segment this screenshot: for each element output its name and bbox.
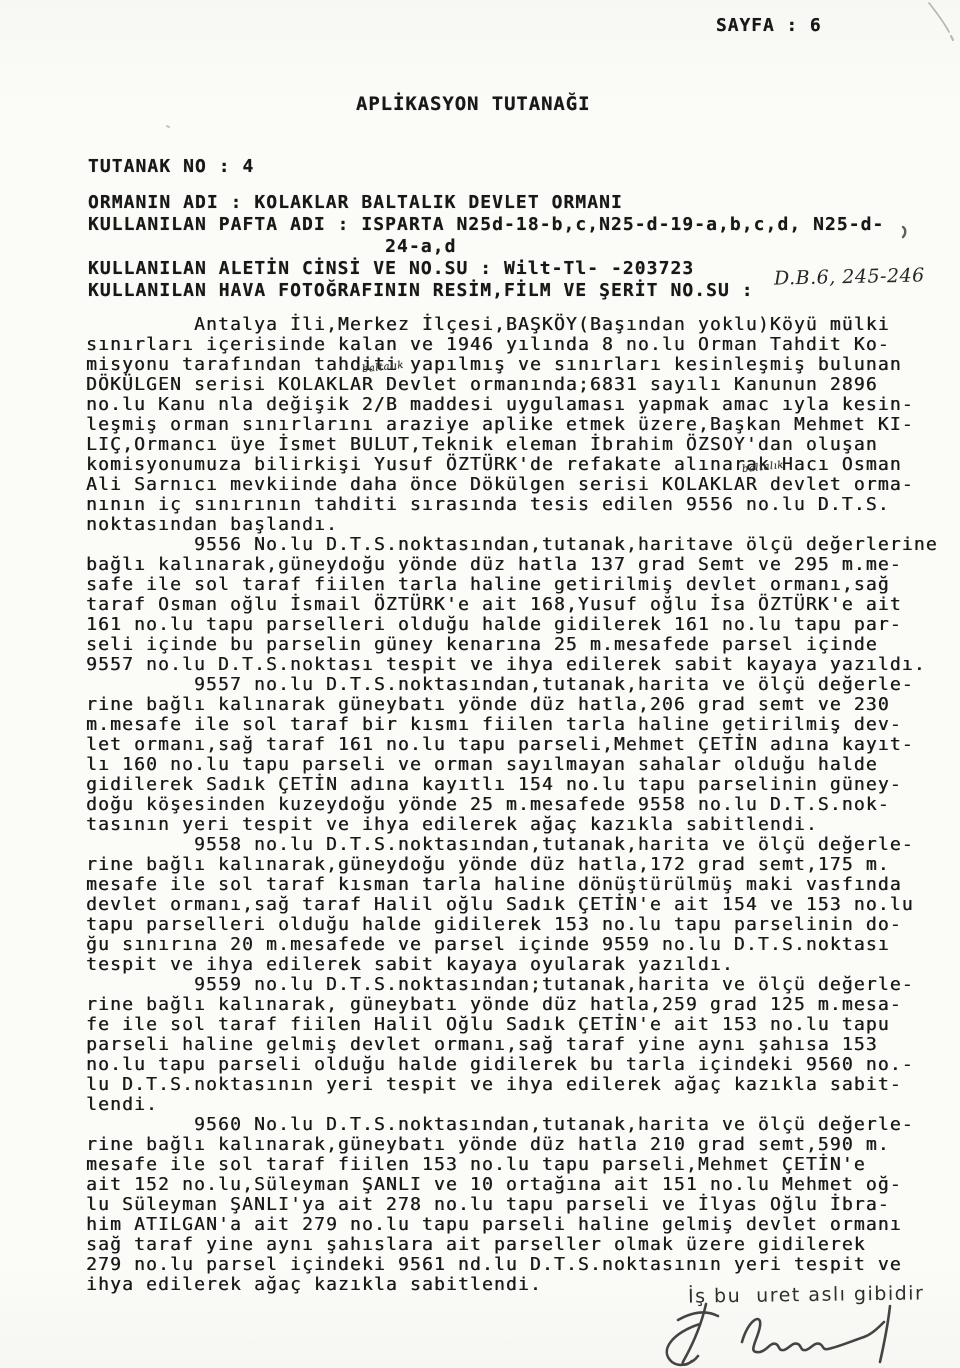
- document-line: mesafe ile sol taraf fiilen 153 no.lu ta…: [86, 1155, 956, 1175]
- document-line: fe ile sol taraf fiilen Halil Oğlu Sadık…: [86, 1015, 956, 1035]
- document-line: 161 no.lu tapu parselleri olduğu halde g…: [86, 615, 956, 635]
- document-line: DÖKÜLGEN serisi KOLAKLAR Devlet ormanınd…: [86, 375, 956, 395]
- document-line: him ATILGAN'a ait 279 no.lu tapu parseli…: [86, 1215, 956, 1235]
- document-line: tespit ve ihya edilerek sabit kayaya oyu…: [86, 955, 956, 975]
- document-line: lendi.: [86, 1095, 956, 1115]
- document-line: no.lu tapu parseli olduğu halde gidilere…: [86, 1055, 956, 1075]
- document-line: rine bağlı kalınarak,güneybatı yönde düz…: [86, 1135, 956, 1155]
- document-line: mesafe ile sol taraf kısman tarla haline…: [86, 875, 956, 895]
- document-line: misyonu tarafından tahditi yapılmış ve s…: [86, 355, 956, 375]
- signature-scribble: [620, 1296, 920, 1368]
- document-line: 9557 no.lu D.T.S.noktasından,tutanak,har…: [86, 675, 956, 695]
- document-line: taraf Osman oğlu İsmail ÖZTÜRK'e ait 168…: [86, 595, 956, 615]
- header-line: KULLANILAN ALETİN CİNSİ VE NO.SU : Wilt-…: [88, 258, 884, 280]
- document-line: rine bağlı kalınarak,güneydoğu yönde düz…: [86, 855, 956, 875]
- document-line: ğu sınırına 20 m.mesafede ve parsel için…: [86, 935, 956, 955]
- document-line: Antalya İli,Merkez İlçesi,BAŞKÖY(Başında…: [86, 315, 956, 335]
- document-line: 9560 No.lu D.T.S.noktasından,tutanak,har…: [86, 1115, 956, 1135]
- document-line: tasının yeri tespit ve ihya edilerek ağa…: [86, 815, 956, 835]
- document-line: doğu köşesinden kuzeydoğu yönde 25 m.mes…: [86, 795, 956, 815]
- document-line: komisyonumuza bilirkişi Yusuf ÖZTÜRK'de …: [86, 455, 956, 475]
- header-line: 24-a,d: [88, 236, 884, 258]
- document-page: SAYFA : 6 APLİKASYON TUTANAĞI TUTANAK NO…: [0, 0, 960, 1368]
- document-line: nının iç sınırının tahditi sırasında tes…: [86, 495, 956, 515]
- document-line: 9559 no.lu D.T.S.noktasından;tutanak,har…: [86, 975, 956, 995]
- document-line: lu Süleyman ŞANLI'ya ait 278 no.lu tapu …: [86, 1195, 956, 1215]
- document-line: 279 no.lu parsel içindeki 9561 nd.lu D.T…: [86, 1255, 956, 1275]
- document-line: bağlı kalınarak,güneydoğu yönde düz hatl…: [86, 555, 956, 575]
- document-line: noktasından başlandı.: [86, 515, 956, 535]
- document-line: seli içinde bu parselin güney kenarına 2…: [86, 635, 956, 655]
- document-line: gidilerek Sadık ÇETİN adına kayıtlı 154 …: [86, 775, 956, 795]
- document-line: tapu parselleri olduğu halde gidilerek 1…: [86, 915, 956, 935]
- handwritten-film-number: D.B.6, 245-246: [774, 264, 925, 289]
- header-line: TUTANAK NO : 4: [88, 156, 884, 178]
- header-line: KULLANILAN HAVA FOTOĞRAFININ RESİM,FİLM …: [88, 280, 884, 302]
- document-line: m.mesafe ile sol taraf bir kısmı fiilen …: [86, 715, 956, 735]
- document-line: sağ taraf yine aynı şahıslara ait parsel…: [86, 1235, 956, 1255]
- document-line: safe ile sol taraf fiilen tarla haline g…: [86, 575, 956, 595]
- document-line: LIÇ,Ormancı üye İsmet BULUT,Teknik elema…: [86, 435, 956, 455]
- document-line: 9557 no.lu D.T.S.noktası tespit ve ihya …: [86, 655, 956, 675]
- document-line: rine bağlı kalınarak, güneybatı yönde dü…: [86, 995, 956, 1015]
- document-line: lı 160 no.lu tapu parseli ve orman sayıl…: [86, 755, 956, 775]
- document-line: sınırları içerisinde kalan ve 1946 yılın…: [86, 335, 956, 355]
- document-body: baltalık baltalık Antalya İli,Merkez İlç…: [86, 315, 956, 1295]
- document-line: rine bağlı kalınarak güneybatı yönde düz…: [86, 695, 956, 715]
- document-line: leşmiş orman sınırlarını araziye aplike …: [86, 415, 956, 435]
- document-line: ait 152 no.lu,Süleyman ŞANLI ve 10 ortağ…: [86, 1175, 956, 1195]
- document-line: devlet ormanı,sağ taraf Halil oğlu Sadık…: [86, 895, 956, 915]
- document-line: parseli haline gelmiş devlet ormanı,sağ …: [86, 1035, 956, 1055]
- header-line: KULLANILAN PAFTA ADI : ISPARTA N25d-18-b…: [88, 214, 884, 236]
- document-title: APLİKASYON TUTANAĞI: [356, 93, 590, 115]
- document-header: TUTANAK NO : 4ORMANIN ADI : KOLAKLAR BAL…: [88, 156, 884, 302]
- document-line: let ormanı,sağ taraf 161 no.lu tapu pars…: [86, 735, 956, 755]
- header-line: ORMANIN ADI : KOLAKLAR BALTALIK DEVLET O…: [88, 192, 884, 214]
- document-line: 9556 No.lu D.T.S.noktasından,tutanak,har…: [86, 535, 956, 555]
- document-line: 9558 no.lu D.T.S.noktasından,tutanak,har…: [86, 835, 956, 855]
- document-line: lu D.T.S.noktasının yeri tespit ve ihya …: [86, 1075, 956, 1095]
- page-number: SAYFA : 6: [716, 15, 822, 36]
- document-line: no.lu Kanu nla değişik 2/B maddesi uygul…: [86, 395, 956, 415]
- document-line: Ali Sarnıcı mevkiinde daha önce Dökülgen…: [86, 475, 956, 495]
